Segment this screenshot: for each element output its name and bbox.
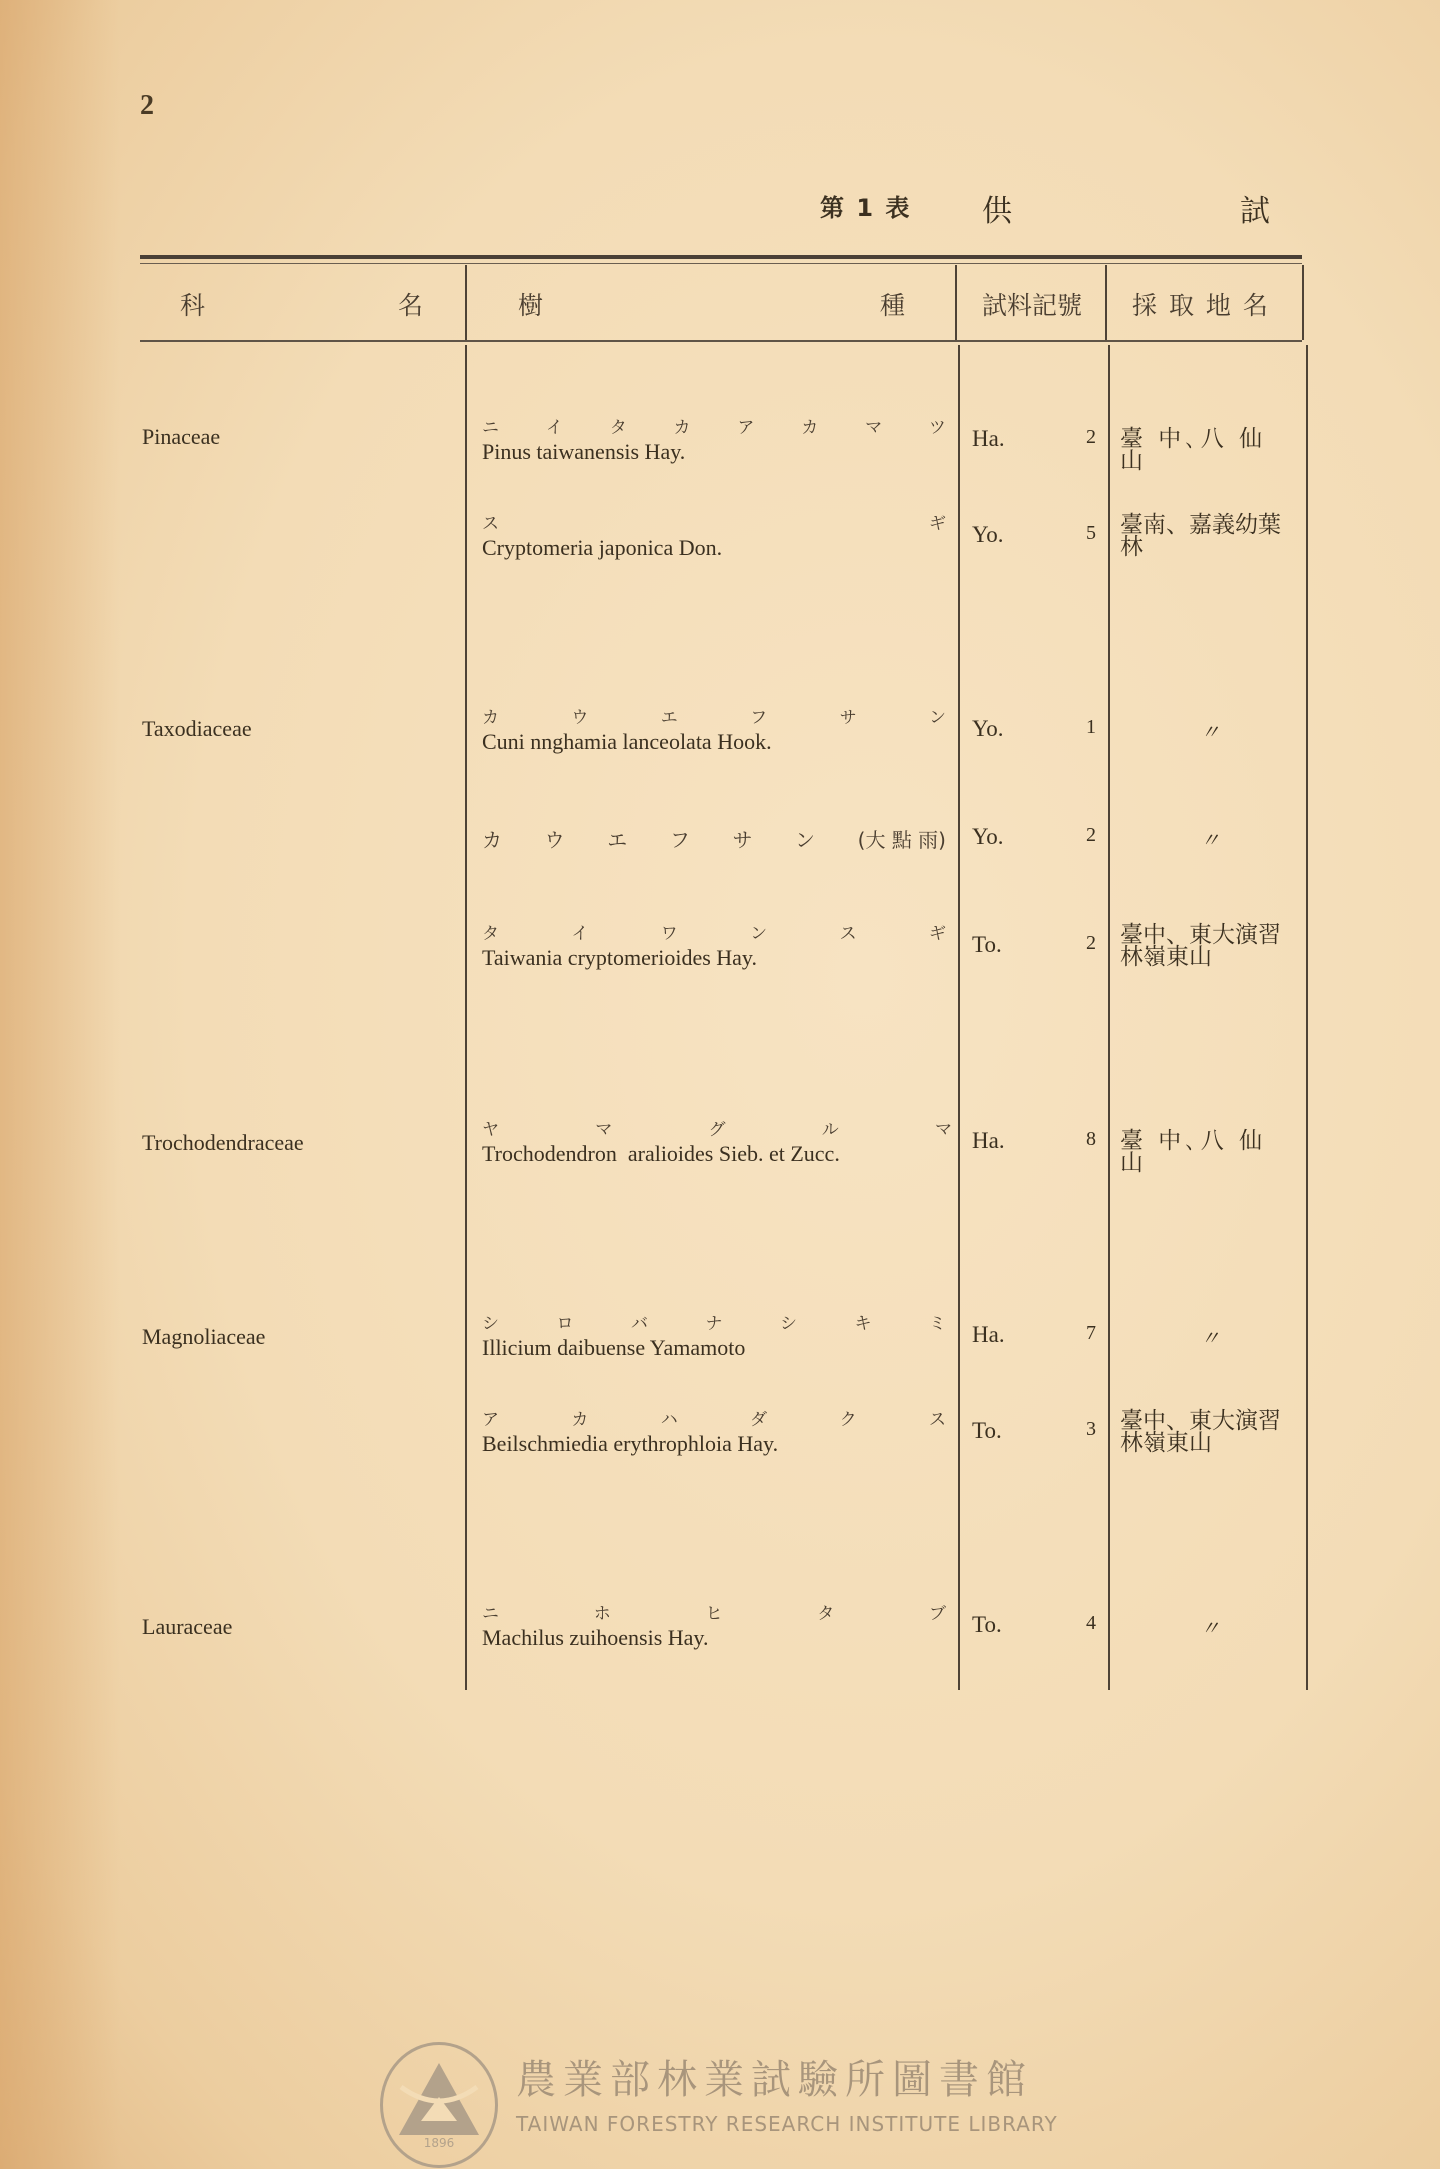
sample-code-number: 2 (1060, 824, 1096, 847)
col-divider-header-1 (465, 265, 467, 340)
sample-code-number: 1 (1060, 716, 1096, 739)
header-family-a: 科 (180, 286, 205, 322)
family-name: Pinaceae (142, 424, 220, 450)
header-species-b: 種 (880, 286, 905, 322)
sample-code-prefix: Ha. (972, 426, 1005, 452)
latin-name: Machilus zuihoensis Hay. (482, 1626, 946, 1650)
table-row: ニホヒタブ Machilus zuihoensis Hay. (482, 1604, 946, 1650)
col-divider-4 (1306, 345, 1308, 1690)
table-top-rule-thick (140, 255, 1302, 259)
location: 臺 中､八 仙 山 (1120, 428, 1298, 472)
table-number: 第 1 表 (820, 194, 911, 222)
kana-name: ニイタカアカマツ (482, 418, 946, 438)
sample-code-prefix: Yo. (972, 716, 1004, 742)
sample-code-number: 2 (1060, 932, 1096, 955)
family-name: Lauraceae (142, 1614, 232, 1640)
table-header-rule (140, 340, 1302, 342)
sample-code-prefix: Ha. (972, 1128, 1005, 1154)
table-row: スギ Cryptomeria japonica Don. (482, 514, 946, 560)
sample-code-prefix: Ha. (972, 1322, 1005, 1348)
sample-code-prefix: Yo. (972, 824, 1004, 850)
family-name: Trochodendraceae (142, 1130, 304, 1156)
location: 臺南、嘉義幼葉林 (1120, 514, 1298, 558)
header-location: 採 取 地 名 (1132, 286, 1270, 322)
latin-name: Pinus taiwanensis Hay. (482, 440, 946, 464)
location-ditto: 〃 (1200, 716, 1220, 745)
kana-name: タイワンスギ (482, 924, 946, 944)
seal-triangle-icon: 1896 (395, 2057, 483, 2153)
table-row: シロバナシキミ Illicium daibuense Yamamoto (482, 1314, 946, 1360)
tfri-seal-icon: 1896 (380, 2042, 498, 2168)
library-name-zh: 農業部林業試驗所圖書館 (516, 2048, 1033, 2105)
header-sample-code: 試料記號 (982, 286, 1082, 322)
page-edge-shading (0, 0, 120, 2169)
latin-name: Taiwania cryptomerioides Hay. (482, 946, 946, 970)
table-top-rule-thin (140, 263, 1302, 264)
col-divider-header-2 (955, 265, 957, 340)
table-row: アカハダクス Beilschmiedia erythrophloia Hay. (482, 1410, 946, 1456)
col-divider-2 (958, 345, 960, 1690)
kana-name: スギ (482, 514, 946, 534)
page-number: 2 (140, 90, 154, 122)
kana-name: カウエフサン(大 點 雨) (482, 824, 946, 853)
kana-name: シロバナシキミ (482, 1314, 946, 1334)
location-ditto: 〃 (1200, 1612, 1220, 1641)
sample-code-number: 4 (1060, 1612, 1096, 1635)
table-title-part2: 試 (1240, 186, 1270, 230)
location: 臺中、東大演習林嶺東山 (1120, 1410, 1298, 1454)
col-divider-header-4 (1302, 265, 1304, 340)
library-name-en: TAIWAN FORESTRY RESEARCH INSTITUTE LIBRA… (516, 2112, 1058, 2136)
latin-name: Cryptomeria japonica Don. (482, 536, 946, 560)
table-row: カウエフサン(大 點 雨) (482, 824, 946, 853)
table-row: カウエフサン Cuni nnghamia lanceolata Hook. (482, 708, 946, 754)
family-name: Taxodiaceae (142, 716, 252, 742)
kana-name: ニホヒタブ (482, 1604, 946, 1624)
location-ditto: 〃 (1200, 824, 1220, 853)
latin-name: Cuni nnghamia lanceolata Hook. (482, 730, 946, 754)
svg-text:1896: 1896 (424, 2136, 455, 2150)
header-species-a: 樹 (518, 286, 543, 322)
table-title-part1: 供 (982, 186, 1012, 230)
latin-name: Trochodendron aralioides Sieb. et Zucc. (482, 1142, 952, 1166)
location: 臺 中､八 仙 山 (1120, 1130, 1298, 1174)
latin-name: Beilschmiedia erythrophloia Hay. (482, 1432, 946, 1456)
table-row: ヤマグルマ Trochodendron aralioides Sieb. et … (482, 1120, 952, 1166)
sample-code-prefix: Yo. (972, 522, 1004, 548)
sample-code-prefix: To. (972, 1418, 1002, 1444)
kana-name: アカハダクス (482, 1410, 946, 1430)
sample-code-number: 2 (1060, 426, 1096, 449)
col-divider-3 (1108, 345, 1110, 1690)
library-watermark: 1896 農業部林業試驗所圖書館 TAIWAN FORESTRY RESEARC… (380, 2040, 1080, 2160)
sample-code-number: 8 (1060, 1128, 1096, 1151)
kana-name: ヤマグルマ (482, 1120, 952, 1140)
table-row: タイワンスギ Taiwania cryptomerioides Hay. (482, 924, 946, 970)
sample-code-prefix: To. (972, 1612, 1002, 1638)
sample-code-number: 3 (1060, 1418, 1096, 1441)
header-family-b: 名 (398, 286, 423, 322)
kana-name: カウエフサン (482, 708, 946, 728)
col-divider-1 (465, 345, 467, 1690)
latin-name: Illicium daibuense Yamamoto (482, 1336, 946, 1360)
col-divider-header-3 (1105, 265, 1107, 340)
table-row: ニイタカアカマツ Pinus taiwanensis Hay. (482, 418, 946, 464)
sample-code-number: 7 (1060, 1322, 1096, 1345)
location: 臺中、東大演習林嶺東山 (1120, 924, 1298, 968)
family-name: Magnoliaceae (142, 1324, 265, 1350)
location-ditto: 〃 (1200, 1322, 1220, 1351)
sample-code-prefix: To. (972, 932, 1002, 958)
sample-code-number: 5 (1060, 522, 1096, 545)
table-title-label: 第 1 表 (820, 188, 911, 223)
